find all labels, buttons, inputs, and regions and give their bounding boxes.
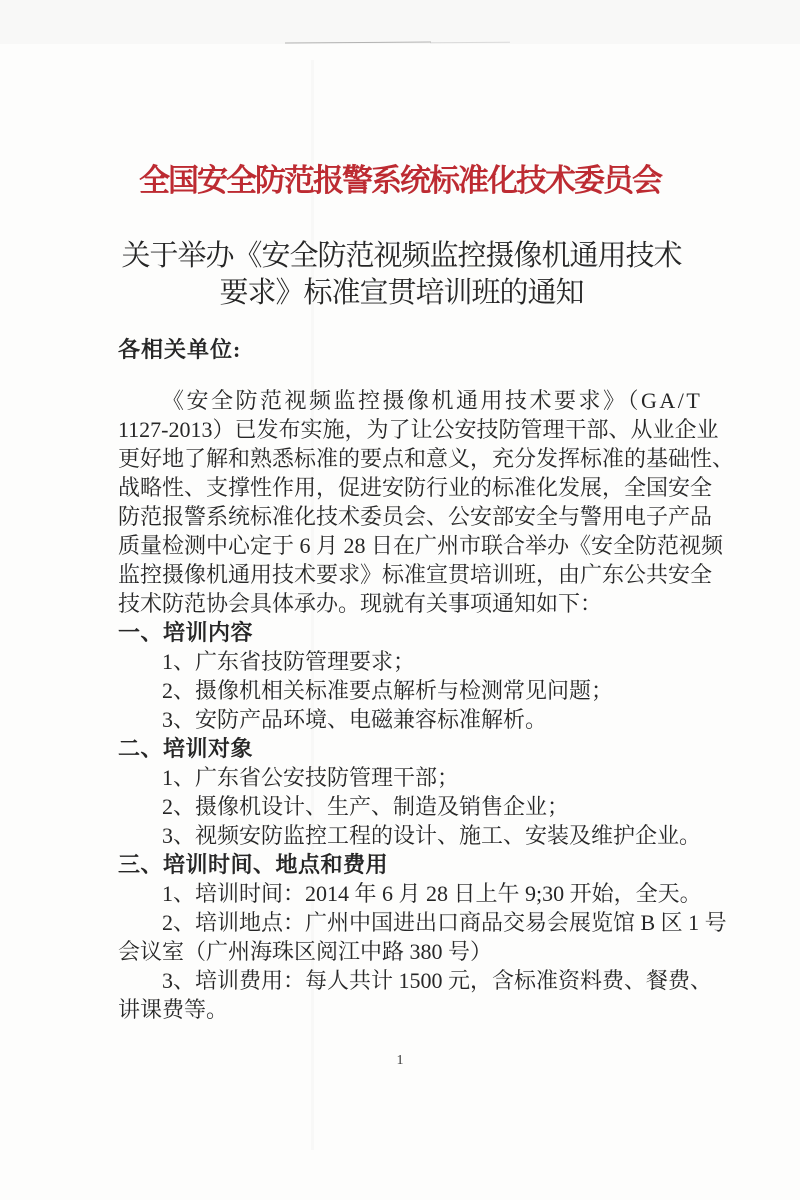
list-item: 1、培训时间：2014 年 6 月 28 日上午 9;30 开始，全天。: [118, 879, 685, 908]
list-item-continuation: 讲课费等。: [118, 995, 685, 1024]
section-heading-3: 三、培训时间、地点和费用: [118, 850, 685, 879]
page-number: 1: [0, 1053, 800, 1069]
section-heading-2: 二、培训对象: [118, 734, 685, 763]
committee-title: 全国安全防范报警系统标准化技术委员会: [0, 162, 800, 200]
list-item: 3、安防产品环境、电磁兼容标准解析。: [118, 705, 685, 734]
notice-body: 《安全防范视频监控摄像机通用技术要求》（GA/T 1127-2013）已发布实施…: [118, 386, 685, 1024]
paragraph-line: 技术防范协会具体承办。现就有关事项通知如下：: [118, 589, 685, 618]
list-item: 3、视频安防监控工程的设计、施工、安装及维护企业。: [118, 821, 685, 850]
list-item: 2、摄像机相关标准要点解析与检测常见问题；: [118, 676, 685, 705]
list-item: 1、广东省技防管理要求；: [118, 647, 685, 676]
paragraph-line: 《安全防范视频监控摄像机通用技术要求》（GA/T: [118, 386, 685, 415]
notice-title-line1: 关于举办《安全防范视频监控摄像机通用技术: [118, 238, 685, 275]
paragraph-line: 更好地了解和熟悉标准的要点和意义，充分发挥标准的基础性、: [118, 444, 685, 473]
paragraph-line: 监控摄像机通用技术要求》标准宣贯培训班，由广东公共安全: [118, 560, 685, 589]
document-page: 全国安全防范报警系统标准化技术委员会 关于举办《安全防范视频监控摄像机通用技术 …: [0, 0, 800, 1200]
list-item-continuation: 会议室（广州海珠区阅江中路 380 号）: [118, 937, 685, 966]
scan-edge-shade: [0, 0, 800, 44]
paragraph-line: 战略性、支撑性作用，促进安防行业的标准化发展，全国安全: [118, 473, 685, 502]
list-item: 3、培训费用：每人共计 1500 元，含标准资料费、餐费、: [118, 966, 685, 995]
notice-title: 关于举办《安全防范视频监控摄像机通用技术 要求》标准宣贯培训班的通知: [118, 238, 685, 312]
paragraph-line: 防范报警系统标准化技术委员会、公安部安全与警用电子产品: [118, 502, 685, 531]
section-heading-1: 一、培训内容: [118, 618, 685, 647]
salutation: 各相关单位:: [118, 333, 241, 364]
paragraph-line: 1127-2013）已发布实施，为了让公安技防管理干部、从业企业: [118, 415, 685, 444]
list-item: 2、摄像机设计、生产、制造及销售企业；: [118, 792, 685, 821]
paragraph-line: 质量检测中心定于 6 月 28 日在广州市联合举办《安全防范视频: [118, 531, 685, 560]
list-item: 2、培训地点：广州中国进出口商品交易会展览馆 B 区 1 号: [118, 908, 685, 937]
notice-title-line2: 要求》标准宣贯培训班的通知: [118, 275, 685, 312]
list-item: 1、广东省公安技防管理干部；: [118, 763, 685, 792]
